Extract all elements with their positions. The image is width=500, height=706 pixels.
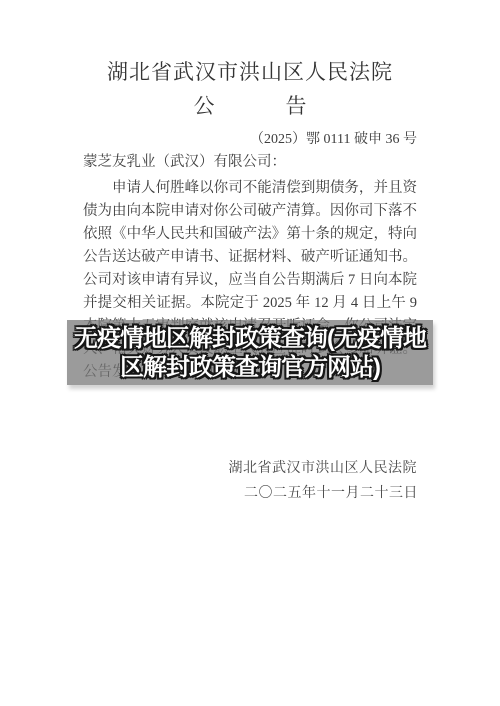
court-name-title: 湖北省武汉市洪山区人民法院 [0, 57, 500, 87]
body-line: 公司对该申请有异议，应当自公告期满后 7 日向本院提出， [83, 269, 417, 292]
signature-court-name: 湖北省武汉市洪山区人民法院 [229, 457, 418, 480]
announcement-heading-char-1: 公 [194, 91, 215, 121]
body-line: 并提交相关证据。本院定于 2025 年 12 月 4 日上午 9 时在 [83, 292, 417, 315]
court-announcement-page: 湖北省武汉市洪山区人民法院 公 告 （2025）鄂 0111 破申 36 号 蒙… [0, 0, 500, 706]
watermark-text-line-1: 无疫情地区解封政策查询(无疫情地 [74, 324, 426, 353]
announcement-heading-char-2: 告 [286, 91, 307, 121]
body-line: 债为由向本院申请对你公司破产清算。因你司下落不明， [83, 200, 417, 223]
body-line: 依照《中华人民共和国破产法》第十条的规定，特向你司 [83, 223, 417, 246]
watermark-overlay-banner: 无疫情地区解封政策查询(无疫情地 区解封政策查询官方网站) [67, 320, 433, 385]
recipient-company: 蒙芝友乳业（武汉）有限公司： [83, 151, 286, 174]
signature-date: 二〇二五年十一月二十三日 [244, 482, 418, 505]
watermark-text-line-2: 区解封政策查询官方网站) [120, 353, 380, 382]
announcement-heading: 公 告 [0, 91, 500, 121]
case-number: （2025）鄂 0111 破申 36 号 [250, 128, 417, 151]
body-line: 公告送达破产申请书、证据材料、破产听证通知书。如你 [83, 246, 417, 269]
body-line: 申请人何胜峰以你司不能清偿到期债务，并且资不抵 [83, 177, 417, 200]
